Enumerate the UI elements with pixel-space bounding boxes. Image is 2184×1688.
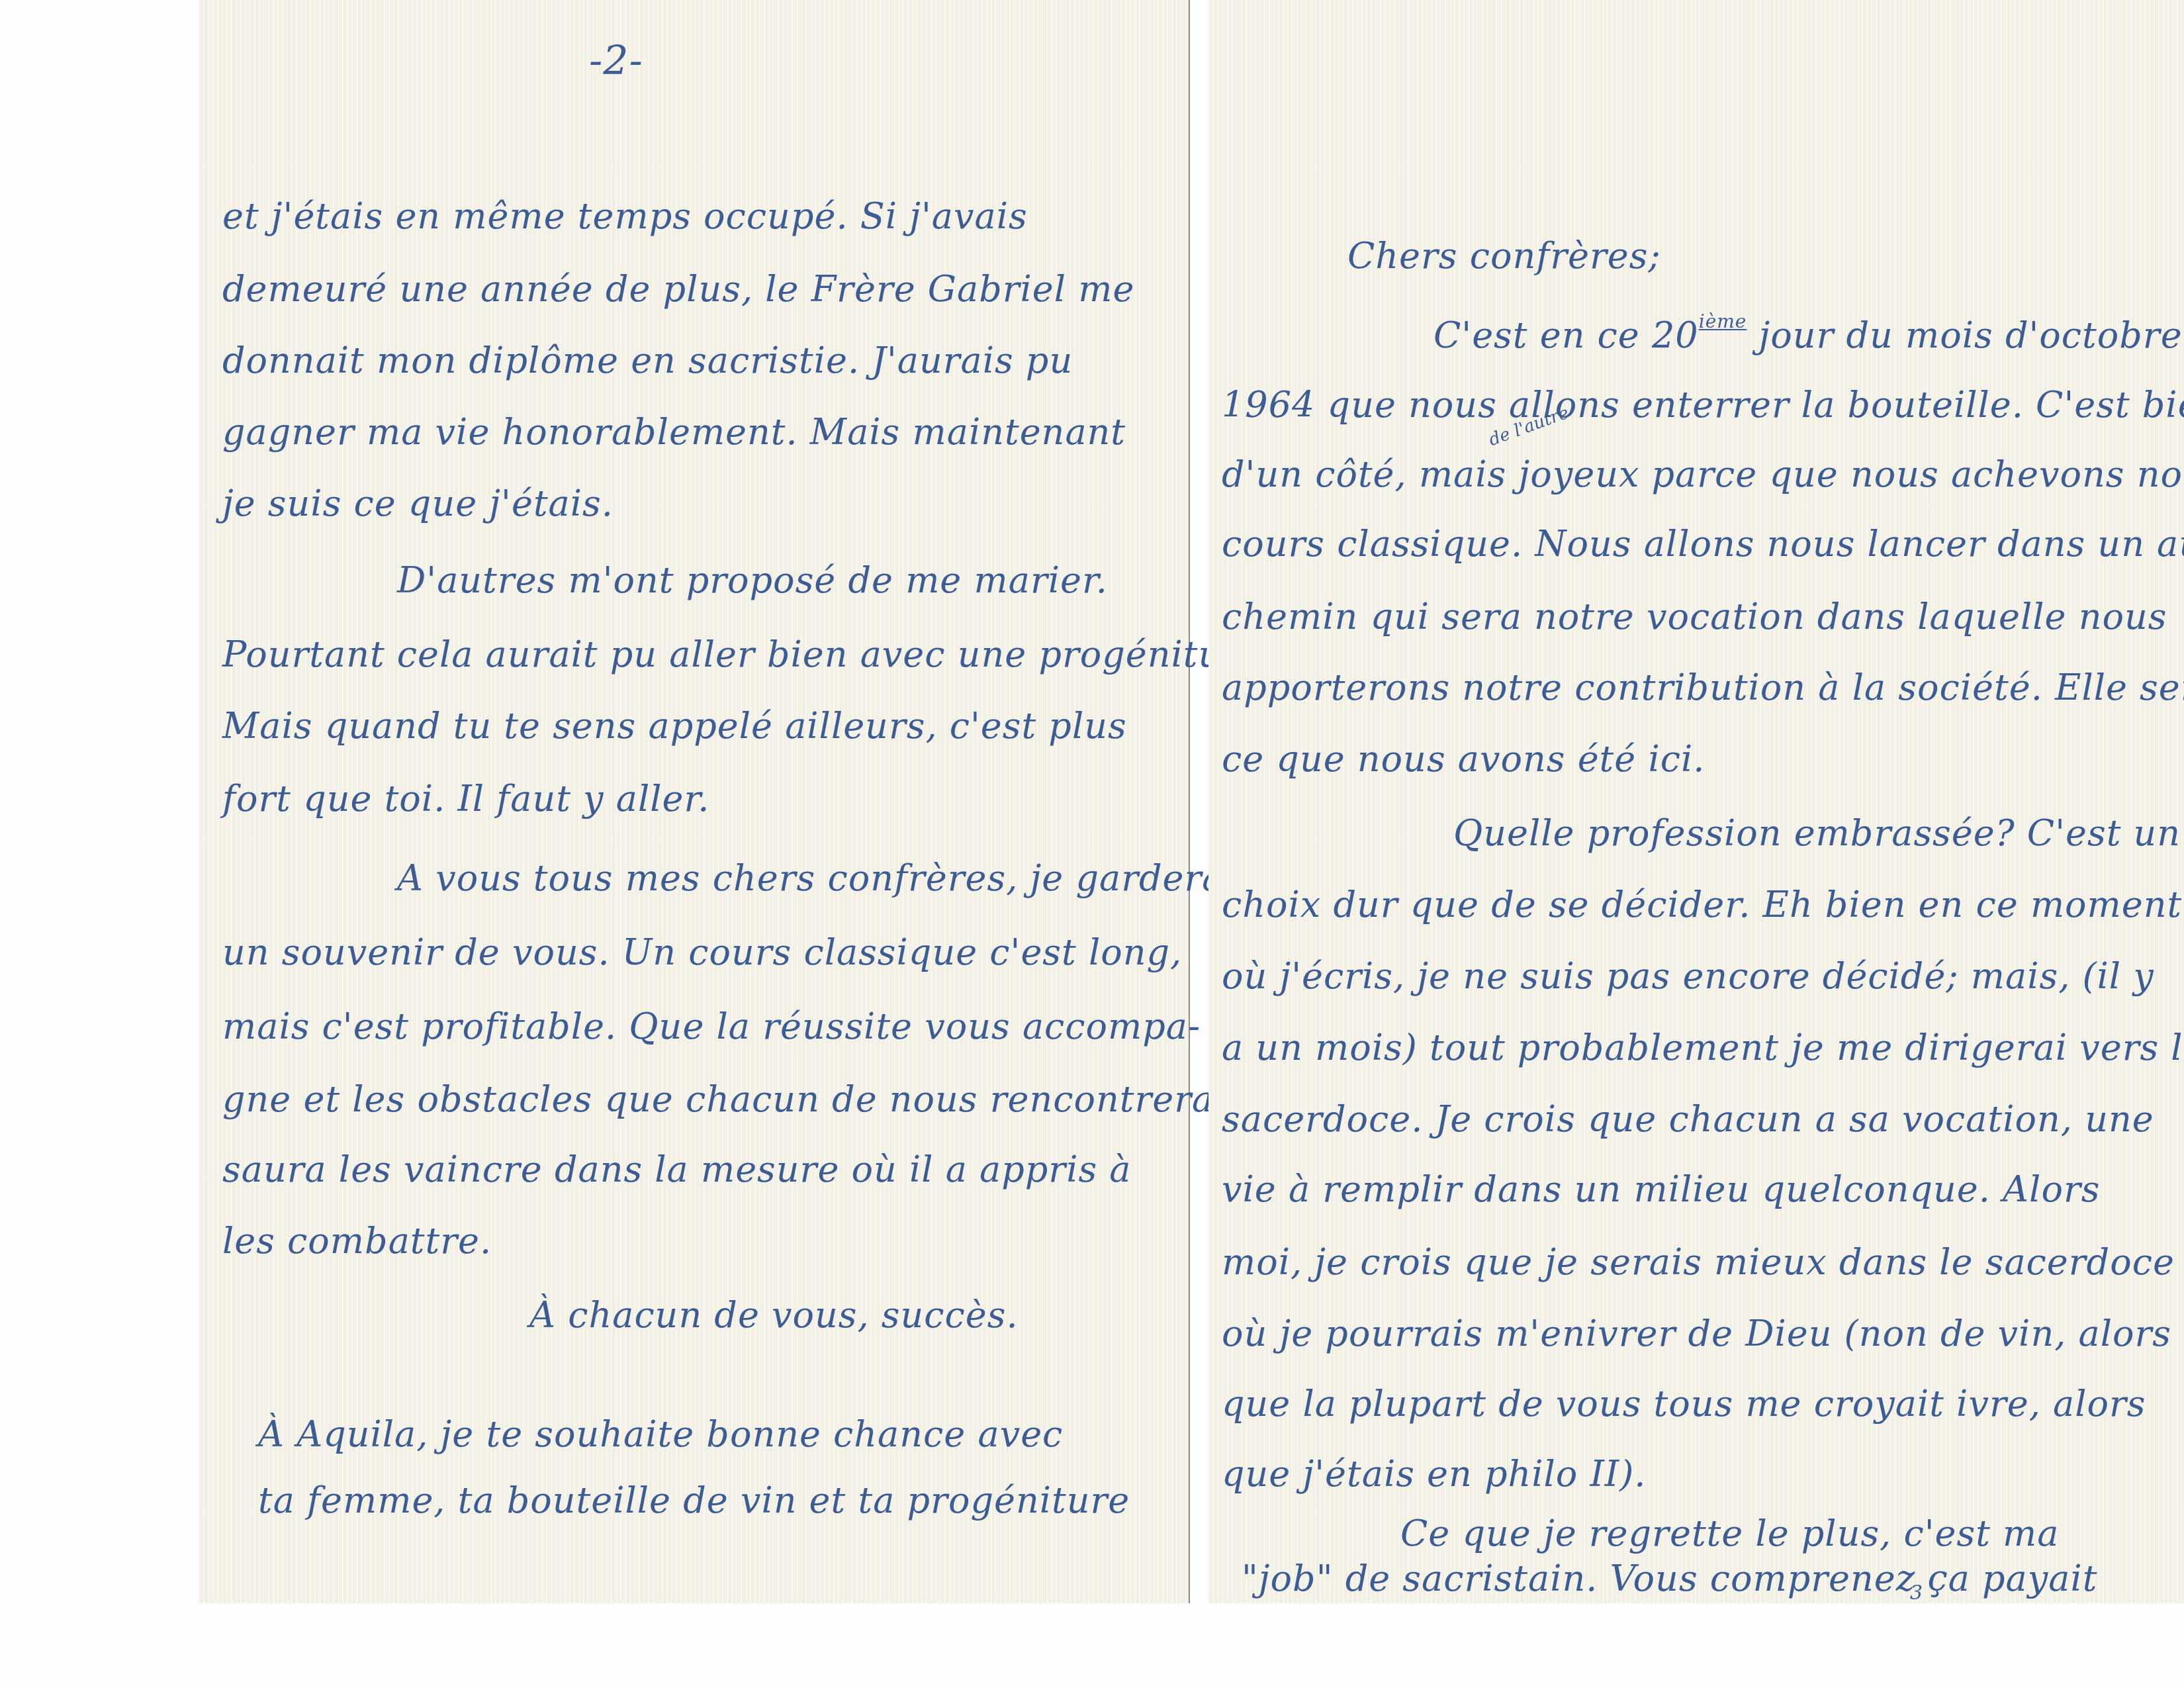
- text-line: donnait mon diplôme en sacristie. J'aura…: [222, 343, 1073, 379]
- text-line: mais c'est profitable. Que la réussite v…: [222, 1009, 1201, 1045]
- text-fragment: C'est en ce 20: [1433, 314, 1699, 356]
- letter-page-left: -2- et j'étais en même temps occupé. Si …: [199, 0, 1190, 1603]
- text-line: Pourtant cela aurait pu aller bien avec …: [222, 637, 1273, 673]
- text-line: gne et les obstacles que chacun de nous …: [222, 1082, 1262, 1117]
- text-line: je suis ce que j'étais.: [222, 486, 614, 522]
- text-line: Mais quand tu te sens appelé ailleurs, c…: [222, 708, 1127, 744]
- text-line: un souvenir de vous. Un cours classique …: [222, 935, 1182, 970]
- text-line: chemin qui sera notre vocation dans laqu…: [1222, 599, 2167, 635]
- text-line: vie à remplir dans un milieu quelconque.…: [1222, 1172, 2100, 1207]
- page-number: -2-: [589, 41, 643, 81]
- text-line: A vous tous mes chers confrères, je gard…: [397, 861, 1236, 896]
- text-line: les combattre.: [222, 1223, 492, 1259]
- text-line: "job" de sacristain. Vous comprenez ça p…: [1242, 1561, 2097, 1597]
- ordinal-superscript: ième: [1699, 310, 1747, 332]
- letter-page-right: Chers confrères; C'est en ce 20ième jour…: [1208, 0, 2184, 1603]
- text-line: saura les vaincre dans la mesure où il a…: [222, 1152, 1132, 1188]
- text-line: D'autres m'ont proposé de me marier.: [397, 563, 1108, 598]
- dedication-line: À Aquila, je te souhaite bonne chance av…: [258, 1417, 1063, 1452]
- text-line: moi, je crois que je serais mieux dans l…: [1222, 1244, 2175, 1280]
- text-line: où je pourrais m'enivrer de Dieu (non de…: [1222, 1316, 2171, 1352]
- dedication-line: ta femme, ta bouteille de vin et ta prog…: [258, 1483, 1130, 1519]
- text-fragment: jour du mois d'octobre: [1759, 314, 2183, 356]
- text-line: où j'écris, je ne suis pas encore décidé…: [1222, 959, 2154, 994]
- text-line: Quelle profession embrassée? C'est un: [1453, 816, 2181, 851]
- text-line: que j'étais en philo II).: [1222, 1456, 1646, 1492]
- text-line: gagner ma vie honorablement. Mais mainte…: [222, 414, 1126, 450]
- text-line: Ce que je regrette le plus, c'est ma: [1400, 1516, 2059, 1552]
- text-line: fort que toi. Il faut y aller.: [222, 781, 709, 817]
- text-line: choix dur que de se décider. Eh bien en …: [1222, 887, 2182, 923]
- text-line: cours classique. Nous allons nous lancer…: [1222, 526, 2184, 562]
- text-line: et j'étais en même temps occupé. Si j'av…: [222, 199, 1028, 234]
- text-line: demeuré une année de plus, le Frère Gabr…: [222, 271, 1134, 307]
- continuation-mark: 3: [1910, 1583, 1923, 1603]
- text-line: sacerdoce. Je crois que chacun a sa voca…: [1222, 1102, 2154, 1137]
- text-line: ce que nous avons été ici.: [1222, 741, 1705, 777]
- text-line: apporterons notre contribution à la soci…: [1222, 670, 2184, 706]
- text-line: d'un côté, mais joyeux parce que nous ac…: [1222, 457, 2184, 492]
- closing-line: À chacun de vous, succès.: [529, 1297, 1019, 1333]
- text-line: C'est en ce 20ième jour du mois d'octobr…: [1433, 318, 2183, 353]
- text-line: a un mois) tout probablement je me dirig…: [1222, 1030, 2184, 1066]
- text-line: que la plupart de vous tous me croyait i…: [1222, 1386, 2146, 1422]
- text-line: 1964 que nous allons enterrer la bouteil…: [1222, 387, 2184, 423]
- salutation: Chers confrères;: [1347, 238, 1661, 274]
